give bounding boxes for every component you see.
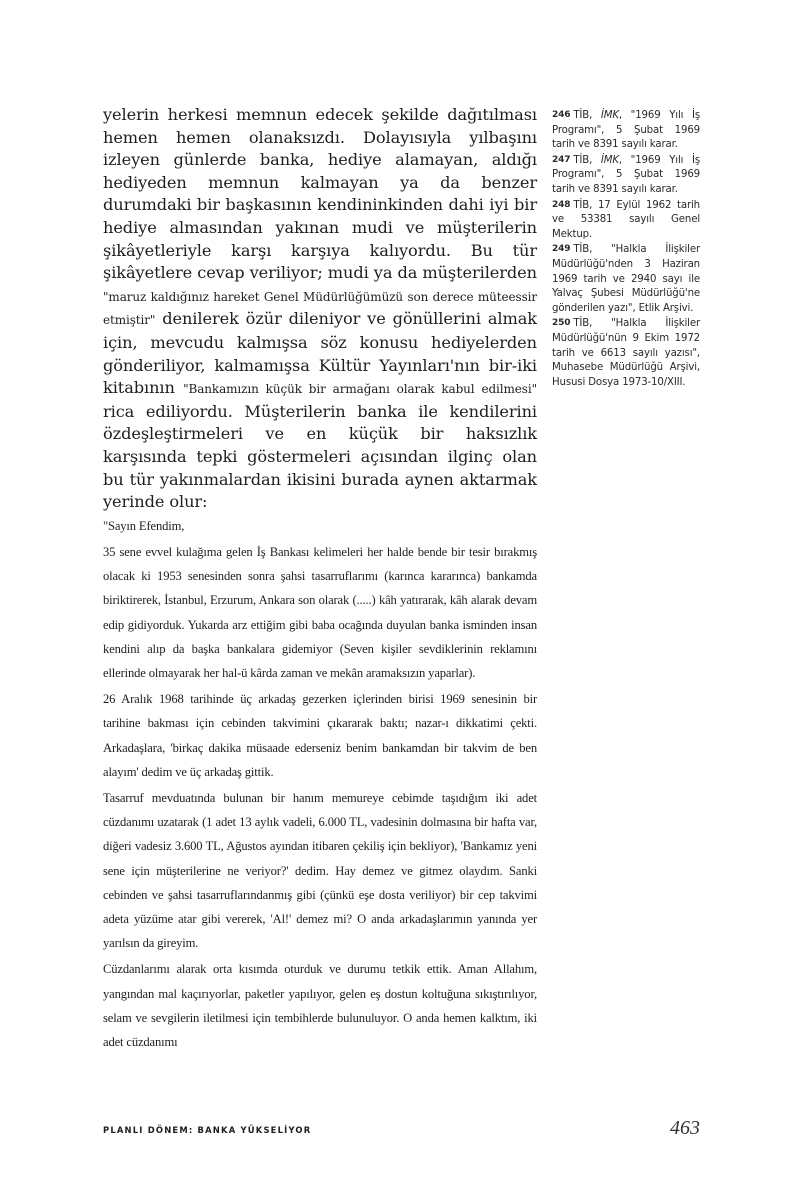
footnote-247: 247TİB, İMK, "1969 Yılı İş Programı", 5 … <box>552 153 700 198</box>
footnote-250: 250TİB, "Halkla İlişkiler Müdürlüğü'nün … <box>552 316 700 390</box>
letter-salutation: "Sayın Efendim, <box>103 514 537 538</box>
footnote-number: 248 <box>552 200 570 210</box>
body-text: yelerin herkesi memnun edecek şekilde da… <box>103 105 537 282</box>
footnote-italic: İMK <box>601 110 619 121</box>
quoted-letter: "Sayın Efendim, 35 sene evvel kulağıma g… <box>103 514 537 1054</box>
footnote-number: 250 <box>552 318 570 328</box>
running-title: PLANLI DÖNEM: BANKA YÜKSELİYOR <box>103 1125 311 1135</box>
footnote-248: 248TİB, 17 Eylül 1962 tarih ve 53381 say… <box>552 198 700 243</box>
letter-paragraph: 26 Aralık 1968 tarihinde üç arkadaş geze… <box>103 687 537 784</box>
footnote-text: TİB, "Halkla İlişkiler Müdürlüğü'nün 9 E… <box>552 318 700 387</box>
footnote-number: 246 <box>552 110 570 120</box>
main-text-column: yelerin herkesi memnun edecek şekilde da… <box>103 104 537 1054</box>
footnote-italic: İMK <box>601 155 619 166</box>
body-paragraph: yelerin herkesi memnun edecek şekilde da… <box>103 104 537 514</box>
footnote-text: TİB, 17 Eylül 1962 tarih ve 53381 sayılı… <box>552 200 700 240</box>
intro-paragraph: yelerin herkesi memnun edecek şekilde da… <box>103 104 537 514</box>
body-text: rica ediliyordu. Müşterilerin banka ile … <box>103 402 537 511</box>
margin-notes: 246TİB, İMK, "1969 Yılı İş Programı", 5 … <box>552 108 700 390</box>
footnote-text: TİB, "Halkla İlişkiler Müdürlüğü'nden 3 … <box>552 244 700 313</box>
footnote-text: TİB, <box>573 110 601 121</box>
footnote-249: 249TİB, "Halkla İlişkiler Müdürlüğü'nden… <box>552 242 700 316</box>
footnote-text: TİB, <box>573 155 601 166</box>
letter-paragraph: Tasarruf mevduatında bulunan bir hanım m… <box>103 786 537 955</box>
footnote-246: 246TİB, İMK, "1969 Yılı İş Programı", 5 … <box>552 108 700 153</box>
letter-paragraph: 35 sene evvel kulağıma gelen İş Bankası … <box>103 540 537 685</box>
letter-paragraph: Cüzdanlarımı alarak orta kısımda oturduk… <box>103 957 537 1054</box>
inline-quote: "Bankamızın küçük bir armağanı olarak ka… <box>183 382 537 396</box>
footnote-number: 249 <box>552 244 570 254</box>
page-number: 463 <box>670 1117 700 1140</box>
footnote-number: 247 <box>552 155 570 165</box>
